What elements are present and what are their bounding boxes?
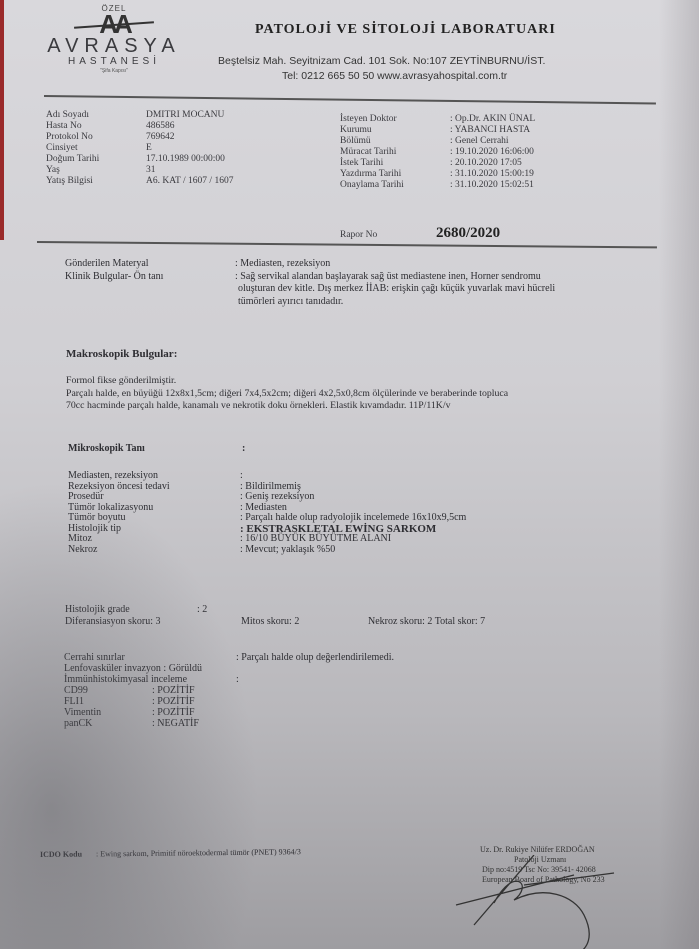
ihc-row: Vimentin: POZİTİF [64, 707, 524, 718]
material-label: Gönderilen Materyal [65, 258, 149, 269]
icdo-value: : Ewing sarkom, Primitif nöroektodermal … [96, 847, 301, 858]
ihc-row: FLI1: POZİTİF [64, 696, 524, 707]
micro-row-label: Tümör lokalizasyonu [68, 502, 153, 513]
patient-field-row: Hasta No486586 [46, 121, 326, 132]
report-number-value: 2680/2020 [436, 225, 500, 242]
request-field-label: Onaylama Tarihi [340, 180, 404, 191]
material-section: Gönderilen Materyal : Mediasten, rezeksi… [65, 258, 665, 308]
patient-field-row: Adı SoyadıDMITRI MOCANU [46, 110, 326, 121]
patient-field-value: 31 [146, 165, 156, 176]
clinical-line3: tümörleri ayırıcı tanıdadır. [65, 296, 665, 309]
material-value: : Mediasten, rezeksiyon [235, 258, 330, 271]
margins-section: Cerrahi sınırlar : Parçalı halde olup de… [64, 652, 524, 729]
request-field-row: İstek Tarihi: 20.10.2020 17:05 [340, 158, 640, 169]
patient-field-row: Doğum Tarihi17.10.1989 00:00:00 [46, 154, 326, 165]
request-field-row: Yazdırma Tarihi: 31.10.2020 15:00:19 [340, 169, 640, 180]
micro-row-label: Rezeksiyon öncesi tedavi [68, 481, 170, 492]
patient-field-value: DMITRI MOCANU [146, 110, 224, 121]
photo-shadow-right [659, 0, 699, 949]
request-field-row: Onaylama Tarihi: 31.10.2020 15:02:51 [340, 180, 640, 191]
logo-slogan: "Şifa Kapısı" [44, 68, 184, 74]
lab-title: PATOLOJİ VE SİTOLOJİ LABORATUARI [255, 22, 556, 38]
request-field-value: : Genel Cerrahi [450, 136, 509, 147]
ihc-row: CD99: POZİTİF [64, 685, 524, 696]
lab-address: Beştelsiz Mah. Seyitnizam Cad. 101 Sok. … [218, 55, 545, 67]
macro-heading: Makroskopik Bulgular: [66, 348, 177, 361]
micro-row: Rezeksiyon öncesi tedavi: Bildirilmemiş [68, 482, 628, 493]
handwritten-signature-icon [454, 855, 634, 949]
ihc-marker: FLI1 [64, 696, 84, 707]
mitos-score: Mitos skoru: 2 [241, 616, 299, 629]
patient-field-label: Yatış Bilgisi [46, 176, 93, 187]
patient-info: Adı SoyadıDMITRI MOCANUHasta No486586Pro… [46, 110, 326, 187]
request-field-label: Bölümü [340, 136, 371, 147]
grade-label: Histolojik grade [65, 604, 130, 615]
ihc-result: : POZİTİF [152, 707, 195, 718]
ihc-marker: CD99 [64, 685, 88, 696]
patient-field-label: Doğum Tarihi [46, 154, 99, 165]
report-number-label: Rapor No [340, 230, 377, 240]
micro-heading-sep: : [242, 443, 245, 456]
request-field-row: Bölümü: Genel Cerrahi [340, 136, 640, 147]
micro-heading-text: Mikroskopik Tanı [68, 443, 145, 454]
macro-section: Formol fikse gönderilmiştir. Parçalı hal… [66, 375, 686, 413]
request-field-row: Müracat Tarihi: 19.10.2020 16:06:00 [340, 147, 640, 158]
request-field-value: : Op.Dr. AKIN ÜNAL [450, 114, 535, 125]
ihc-marker: Vimentin [64, 707, 101, 718]
report-number: Rapor No 2680/2020 [340, 230, 640, 240]
micro-row-value: : Geniş rezeksiyon [240, 492, 314, 503]
header-divider [44, 95, 656, 104]
patient-field-value: E [146, 143, 152, 154]
ihc-label: İmmünhistokimyasal inceleme [64, 674, 187, 685]
logo-mark-icon: AA [44, 12, 184, 36]
micro-row-value: : 16/10 BÜYÜK BÜYÜTME ALANI [240, 534, 391, 545]
icdo-section: ICDO Kodu : Ewing sarkom, Primitif nöroe… [40, 846, 301, 861]
photo-edge [0, 0, 4, 240]
patient-field-label: Protokol No [46, 132, 93, 143]
request-field-label: Müracat Tarihi [340, 147, 396, 158]
micro-row-label: Prosedür [68, 491, 104, 502]
ihc-result: : POZİTİF [152, 685, 195, 696]
request-field-row: İsteyen Doktor: Op.Dr. AKIN ÜNAL [340, 114, 640, 125]
clinical-label: Klinik Bulgular- Ön tanı [65, 271, 163, 282]
macro-line3: 70cc hacminde parçalı halde, kanamalı ve… [66, 400, 686, 413]
micro-row-label: Histolojik tip [68, 523, 121, 534]
ihc-row: panCK: NEGATİF [64, 718, 524, 729]
info-divider [37, 241, 657, 248]
hospital-logo: ÖZEL AA AVRASYA HASTANESİ "Şifa Kapısı" [44, 4, 184, 74]
request-field-value: : 31.10.2020 15:02:51 [450, 180, 534, 191]
request-field-value: : 19.10.2020 16:06:00 [450, 147, 534, 158]
icdo-label: ICDO Kodu [40, 850, 82, 859]
signature-name: Uz. Dr. Rukiye Nilüfer ERDOĞAN [474, 845, 605, 855]
micro-row: Tümör boyutu: Parçalı halde olup radyolo… [68, 513, 628, 524]
request-field-label: Yazdırma Tarihi [340, 169, 401, 180]
macro-line1: Formol fikse gönderilmiştir. [66, 375, 686, 388]
patient-field-label: Hasta No [46, 121, 82, 132]
micro-row-label: Nekroz [68, 544, 97, 555]
margins-value: : Parçalı halde olup değerlendirilemedi. [236, 652, 394, 663]
micro-heading: Mikroskopik Tanı : [68, 443, 368, 456]
ihc-result: : NEGATİF [152, 718, 199, 729]
clinical-line1: : Sağ servikal alandan başlayarak sağ üs… [235, 271, 541, 284]
nekroz-total-score: Nekroz skoru: 2 Total skor: 7 [368, 616, 485, 629]
grade-section: Histolojik grade : 2 Diferansiasyon skor… [65, 604, 625, 628]
clinical-line2: oluşturan dev kitle. Dış merkez İİAB: er… [65, 283, 665, 296]
ihc-marker: panCK [64, 718, 92, 729]
micro-row-label: Tümör boyutu [68, 512, 126, 523]
lab-contact: Tel: 0212 665 50 50 www.avrasyahospital.… [282, 70, 507, 82]
patient-field-row: Protokol No769642 [46, 132, 326, 143]
request-field-label: Kurumu [340, 125, 372, 136]
margins-label: Cerrahi sınırlar [64, 652, 125, 663]
micro-row: Mitoz: 16/10 BÜYÜK BÜYÜTME ALANI [68, 534, 628, 545]
request-field-value: : YABANCI HASTA [450, 125, 530, 136]
lymphovascular: Lenfovasküler invazyon : Görüldü [64, 663, 524, 674]
patient-field-value: A6. KAT / 1607 / 1607 [146, 176, 233, 187]
request-info: İsteyen Doktor: Op.Dr. AKIN ÜNALKurumu: … [340, 114, 640, 191]
patient-field-label: Yaş [46, 165, 60, 176]
patient-field-label: Cinsiyet [46, 143, 78, 154]
micro-rows: Mediasten, rezeksiyon:Rezeksiyon öncesi … [68, 471, 628, 555]
patient-field-value: 486586 [146, 121, 175, 132]
ihc-results: CD99: POZİTİFFLI1: POZİTİFVimentin: POZİ… [64, 685, 524, 729]
patient-field-row: Yatış BilgisiA6. KAT / 1607 / 1607 [46, 176, 326, 187]
micro-row-value: : Mevcut; yaklaşık %50 [240, 545, 335, 556]
grade-value: : 2 [197, 604, 207, 617]
request-field-label: İsteyen Doktor [340, 114, 397, 125]
ihc-sep: : [236, 674, 239, 685]
micro-row-value: : Parçalı halde olup radyolojik inceleme… [240, 513, 466, 524]
macro-line2: Parçalı halde, en büyüğü 12x8x1,5cm; diğ… [66, 388, 686, 401]
micro-row: Nekroz: Mevcut; yaklaşık %50 [68, 545, 628, 556]
logo-name: AVRASYA [44, 36, 184, 56]
request-field-value: : 20.10.2020 17:05 [450, 158, 522, 169]
patient-field-label: Adı Soyadı [46, 110, 89, 121]
patient-field-row: CinsiyetE [46, 143, 326, 154]
signature-block: Uz. Dr. Rukiye Nilüfer ERDOĞAN Patoloji … [474, 845, 605, 885]
request-field-value: : 31.10.2020 15:00:19 [450, 169, 534, 180]
diff-score: Diferansiasyon skoru: 3 [65, 616, 161, 627]
micro-row-value: : [240, 471, 243, 482]
micro-row-label: Mediasten, rezeksiyon [68, 470, 158, 481]
patient-field-value: 769642 [146, 132, 175, 143]
micro-row-label: Mitoz [68, 533, 92, 544]
patient-field-value: 17.10.1989 00:00:00 [146, 154, 225, 165]
request-field-row: Kurumu: YABANCI HASTA [340, 125, 640, 136]
patient-field-row: Yaş31 [46, 165, 326, 176]
ihc-result: : POZİTİF [152, 696, 195, 707]
request-field-label: İstek Tarihi [340, 158, 383, 169]
logo-subname: HASTANESİ [44, 56, 184, 68]
